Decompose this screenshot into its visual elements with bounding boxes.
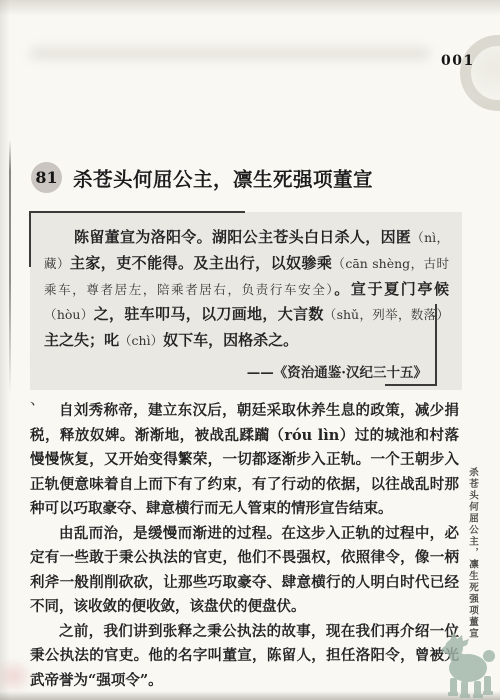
page-number: 001 (441, 53, 475, 69)
page-title: 杀苍头何屈公主，凛生死强项董宣 (73, 164, 373, 192)
quote-attribution: ——《资治通鉴·汉纪三十五》 (44, 361, 427, 381)
quote-annotation: （hòu） (44, 307, 94, 322)
quote-segment: 奴下车，因格杀之。 (163, 331, 298, 349)
section-number-badge: 81 (31, 162, 62, 193)
quote-segment: 主之失；叱 (44, 331, 119, 349)
section-heading: 81 杀苍头何屈公主，凛生死强项董宣 (31, 162, 373, 193)
body-paragraph: 自刘秀称帝，建立东汉后，朝廷采取休养生息的政策，减少捐税，释放奴婢。渐渐地，被战… (30, 399, 459, 522)
body-text: 自刘秀称帝，建立东汉后，朝廷采取休养生息的政策，减少捐税，释放奴婢。渐渐地，被战… (30, 399, 459, 693)
corner-smudge (0, 658, 34, 694)
quote-segment: 。宣于夏门亭候 (334, 280, 449, 298)
body-paragraph: 由乱而治，是缓慢而渐进的过程。在这步入正轨的过程中，必定有一些敢于秉公执法的官吏… (30, 522, 459, 620)
quote-frame-top-left (29, 211, 245, 267)
qilin-statue-icon (436, 630, 500, 698)
book-page: 001 81 杀苍头何屈公主，凛生死强项董宣 陈留董宣为洛阳令。湖阳公主苍头白日… (0, 0, 500, 700)
quote-segment: 之，驻车叩马，以刀画地，大言数 (94, 305, 324, 323)
circular-seal-stamp-icon (460, 35, 500, 111)
show-through-smudge (30, 47, 430, 60)
side-running-title: 杀苍头何屈公主，凛生死强项董宣 (465, 467, 479, 645)
book-spine-line (9, 140, 11, 395)
quote-frame-bottom-right (385, 304, 437, 386)
body-paragraph: 之前，我们讲到张释之秉公执法的故事，现在我们再介绍一位秉公执法的官吏。他的名字叫… (30, 620, 459, 694)
quote-annotation: （chì） (119, 333, 163, 348)
classical-quote-box: 陈留董宣为洛阳令。湖阳公主苍头白日杀人，因匿（nì，藏）主家，吏不能得。及主出行… (30, 212, 462, 390)
page-top-shadow (0, 0, 500, 16)
